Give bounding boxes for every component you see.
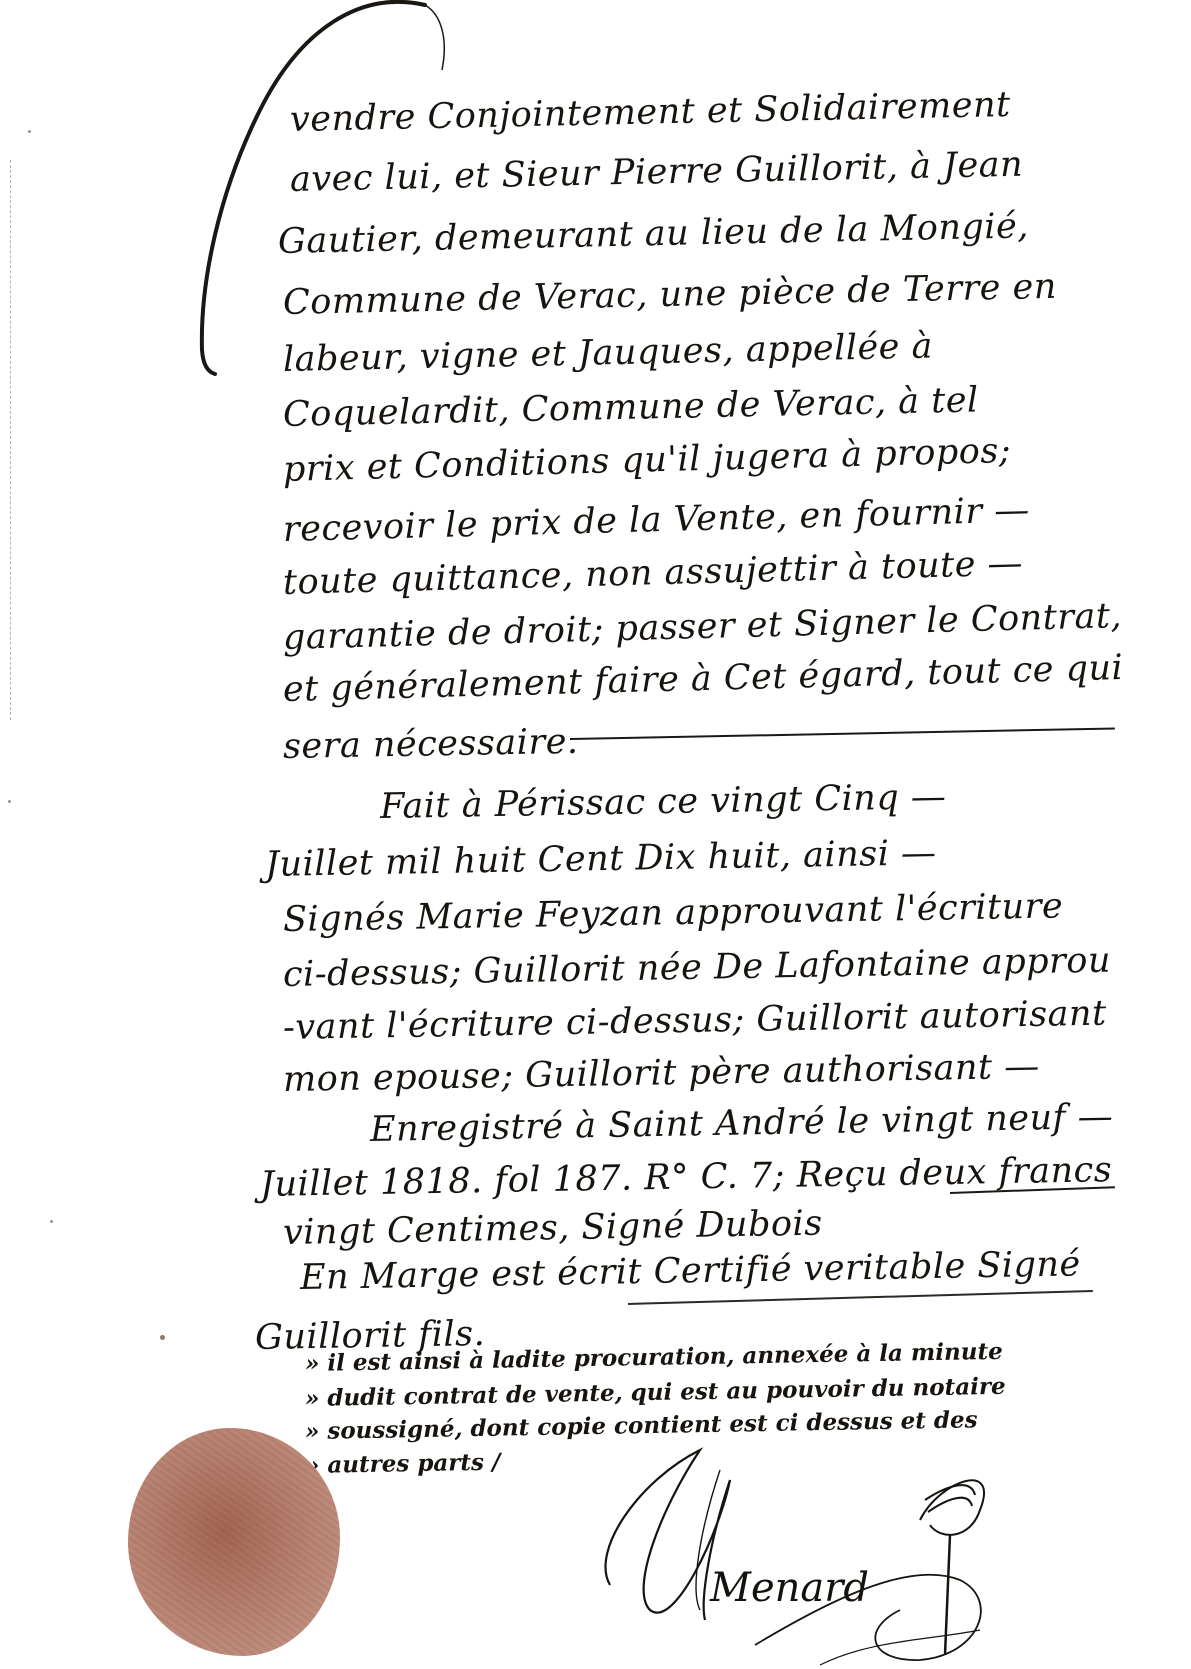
notary-signature-flourish (580, 1440, 1030, 1669)
notary-signature: Menard (710, 1565, 869, 1611)
paper-speck (50, 1220, 53, 1223)
body-line: toute quittance, non assujettir à toute … (282, 544, 1023, 603)
body-line: garantie de droit; passer et Signer le C… (282, 596, 1122, 658)
line-filler-rule (628, 1290, 1093, 1304)
registration-line: En Marge est écrit Certifié veritable Si… (300, 1244, 1081, 1298)
notary-note-line: » dudit contrat de vente, qui est au pou… (305, 1373, 1006, 1412)
wax-seal (128, 1428, 340, 1656)
closing-line: Fait à Périssac ce vingt Cinq — (380, 777, 947, 827)
closing-line: ci-dessus; Guillorit née De Lafontaine a… (283, 941, 1112, 995)
document-page: vendre Conjointement et Solidairement av… (0, 0, 1191, 1669)
closing-line: mon epouse; Guillorit père authorisant — (283, 1047, 1040, 1100)
paper-speck (8, 800, 11, 803)
body-line: et généralement faire à Cet égard, tout … (282, 648, 1123, 710)
body-line: Coquelardit, Commune de Verac, à tel (283, 380, 979, 435)
left-margin-rule (10, 160, 11, 720)
closing-line: -vant l'écriture ci-dessus; Guillorit au… (283, 994, 1107, 1048)
paper-speck (28, 130, 31, 133)
notary-note-line: » autres parts / (305, 1449, 501, 1479)
closing-line: Juillet mil huit Cent Dix huit, ainsi — (265, 833, 937, 885)
line-filler-rule (570, 728, 1115, 740)
paper-speck (160, 1335, 165, 1340)
body-line: recevoir le prix de la Vente, en fournir… (282, 490, 1030, 550)
registration-line: Enregistré à Saint André le vingt neuf — (370, 1097, 1114, 1150)
registration-line: Juillet 1818. fol 187. R° C. 7; Reçu deu… (260, 1150, 1113, 1205)
registration-line: vingt Centimes, Signé Dubois (283, 1204, 823, 1253)
body-line: sera nécessaire. (283, 722, 579, 767)
body-line: prix et Conditions qu'il jugera à propos… (282, 431, 1011, 490)
closing-line: Signés Marie Feyzan approuvant l'écritur… (283, 886, 1064, 940)
